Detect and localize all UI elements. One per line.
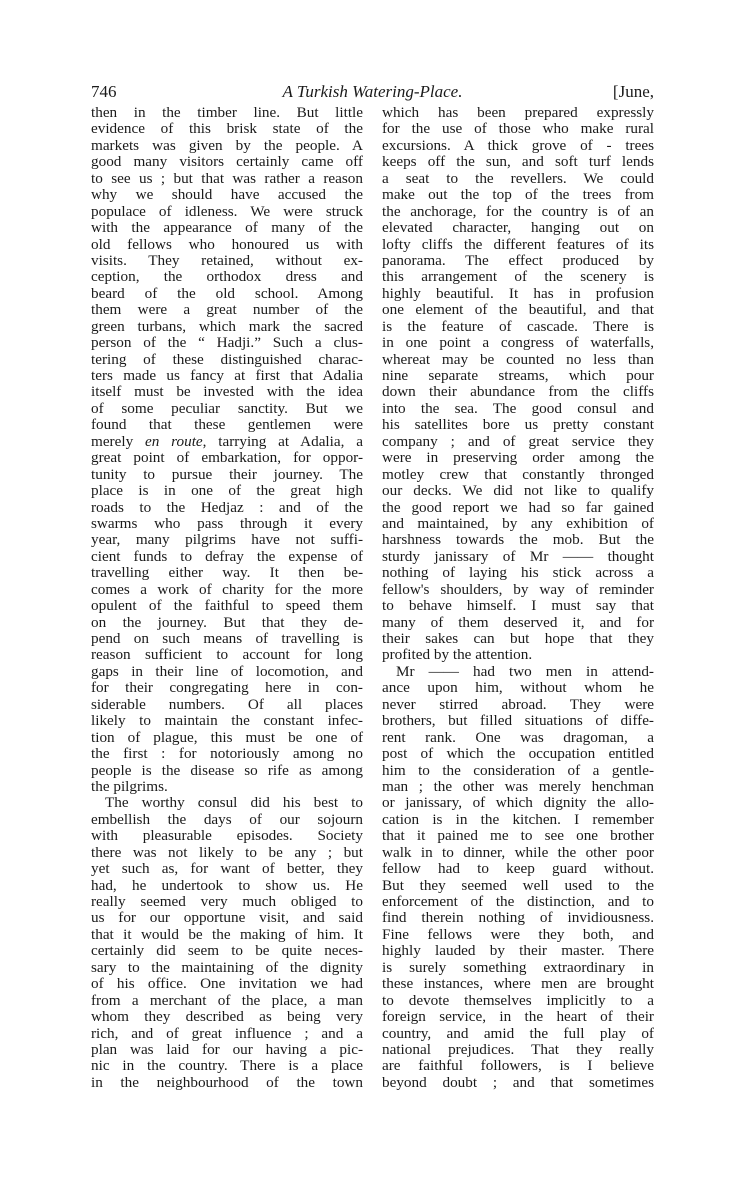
text-line: find therein nothing of invidiousness. xyxy=(382,910,654,926)
text-line: with the appearance of many of the xyxy=(91,220,363,236)
text-line: tering of these distinguished charac- xyxy=(91,352,363,368)
text-line: comes a work of charity for the more xyxy=(91,582,363,598)
text-line: to see us ; but that was rather a reason xyxy=(91,171,363,187)
document-page: 746 A Turkish Watering-Place. [June, the… xyxy=(0,0,750,1179)
text-line: The worthy consul did his best to xyxy=(91,795,363,811)
text-line: beard of the old school. Among xyxy=(91,286,363,302)
text-line: or janissary, of which dignity the allo- xyxy=(382,795,654,811)
text-line: ception, the orthodox dress and xyxy=(91,269,363,285)
text-line: company ; and of great service they xyxy=(382,434,654,450)
text-line: one element of the beautiful, and that xyxy=(382,302,654,318)
text-line: in the neighbourhood of the town xyxy=(91,1075,363,1091)
text-line: great point of embarkation, for oppor- xyxy=(91,450,363,466)
text-line: are faithful followers, is I believe xyxy=(382,1058,654,1074)
text-line: man ; the other was merely henchman xyxy=(382,779,654,795)
text-line: the good report we had so far gained xyxy=(382,500,654,516)
text-line: of his office. One invitation we had xyxy=(91,976,363,992)
text-line: nothing of laying his stick across a xyxy=(382,565,654,581)
text-line: itself must be invested with the idea xyxy=(91,384,363,400)
text-line: rent rank. One was dragoman, a xyxy=(382,730,654,746)
text-line: tion of plague, this must be one of xyxy=(91,730,363,746)
text-line: why we should have accused the xyxy=(91,187,363,203)
text-line: which has been prepared expressly xyxy=(382,105,654,121)
text-line: gaps in their line of locomotion, and xyxy=(91,664,363,680)
text-line: foreign service, in the heart of their xyxy=(382,1009,654,1025)
text-line: cation is in the kitchen. I remember xyxy=(382,812,654,828)
text-line: panorama. The effect produced by xyxy=(382,253,654,269)
text-line: tunity to pursue their journey. The xyxy=(91,467,363,483)
text-line: on the journey. But that they de- xyxy=(91,615,363,631)
text-line: were in preserving order among the xyxy=(382,450,654,466)
text-line: elevated character, hanging out on xyxy=(382,220,654,236)
italic-phrase: en route xyxy=(145,433,203,450)
text-line: for their congregating here in con- xyxy=(91,680,363,696)
text-line: evidence of this brisk state of the xyxy=(91,121,363,137)
text-line: his satellites bore us pretty constant xyxy=(382,417,654,433)
text-line: place is in one of the great high xyxy=(91,483,363,499)
text-line: our decks. We did not like to qualify xyxy=(382,483,654,499)
text-line: for the use of those who make rural xyxy=(382,121,654,137)
text-line: siderable numbers. Of all places xyxy=(91,697,363,713)
text-line: that it pained me to see one brother xyxy=(382,828,654,844)
text-line: keeps off the sun, and soft turf lends xyxy=(382,154,654,170)
text-line: this arrangement of the scenery is xyxy=(382,269,654,285)
text-line: fellow had to keep guard without. xyxy=(382,861,654,877)
text-line: visits. They retained, without ex- xyxy=(91,253,363,269)
text-line: national prejudices. That they really xyxy=(382,1042,654,1058)
text-line: the anchorage, for the country is of an xyxy=(382,204,654,220)
text-line: opulent of the faithful to speed them xyxy=(91,598,363,614)
text-line: their sakes can but hope that they xyxy=(382,631,654,647)
text-line: year, many pilgrims have not suffi- xyxy=(91,532,363,548)
text-line: many of them deserved it, and for xyxy=(382,615,654,631)
text-line: the first : for notoriously among no xyxy=(91,746,363,762)
text-line: to devote themselves implicitly to a xyxy=(382,993,654,1009)
text-line: reason sufficient to account for long xyxy=(91,647,363,663)
running-title: A Turkish Watering-Place. xyxy=(91,82,654,102)
text-line: rich, and of great influence ; and a xyxy=(91,1026,363,1042)
text-line: green turbans, which mark the sacred xyxy=(91,319,363,335)
text-line: person of the “ Hadji.” Such a clus- xyxy=(91,335,363,351)
text-line: lofty cliffs the different features of i… xyxy=(382,237,654,253)
text-line: these instances, where men are brought xyxy=(382,976,654,992)
text-line: in one point a congress of waterfalls, xyxy=(382,335,654,351)
text-line: is surely something extraordinary in xyxy=(382,960,654,976)
text-line: highly lauded by their master. There xyxy=(382,943,654,959)
text-line: good many visitors certainly came off xyxy=(91,154,363,170)
text-line: had, he undertook to show us. He xyxy=(91,878,363,894)
text-line: is the feature of cascade. There is xyxy=(382,319,654,335)
text-line: ance upon him, without whom he xyxy=(382,680,654,696)
page-header: 746 A Turkish Watering-Place. [June, xyxy=(91,82,654,102)
text-line: populace of idleness. We were struck xyxy=(91,204,363,220)
text-line: into the sea. The good consul and xyxy=(382,401,654,417)
text-line: of some peculiar sanctity. But we xyxy=(91,401,363,417)
text-line: the pilgrims. xyxy=(91,779,363,795)
text-line: highly beautiful. It has in profusion xyxy=(382,286,654,302)
text-line: cient funds to defray the expense of xyxy=(91,549,363,565)
text-line: from a merchant of the place, a man xyxy=(91,993,363,1009)
text-line: harshness towards the mob. But the xyxy=(382,532,654,548)
text-line: Mr —— had two men in attend- xyxy=(382,664,654,680)
running-date: [June, xyxy=(613,82,654,102)
text-line: nic in the country. There is a place xyxy=(91,1058,363,1074)
text-line: merely en route, tarrying at Adalia, a xyxy=(91,434,363,450)
text-line: plan was laid for our having a pic- xyxy=(91,1042,363,1058)
text-line: and maintained, by any exhibition of xyxy=(382,516,654,532)
text-line: make out the top of the trees from xyxy=(382,187,654,203)
text-line: there was not likely to be any ; but xyxy=(91,845,363,861)
text-line: Fine fellows were they both, and xyxy=(382,927,654,943)
text-line: But they seemed well used to the xyxy=(382,878,654,894)
text-line: with pleasurable episodes. Society xyxy=(91,828,363,844)
text-line: roads to the Hedjaz : and of the xyxy=(91,500,363,516)
text-line: whereat may be counted no less than xyxy=(382,352,654,368)
text-line: swarms who pass through it every xyxy=(91,516,363,532)
text-line: travelling either way. It then be- xyxy=(91,565,363,581)
text-line: likely to maintain the constant infec- xyxy=(91,713,363,729)
left-text-column: then in the timber line. But littleevide… xyxy=(91,105,363,1091)
text-line: walk in to dinner, while the other poor xyxy=(382,845,654,861)
text-line: really seemed very much obliged to xyxy=(91,894,363,910)
text-line: down their abundance from the cliffs xyxy=(382,384,654,400)
text-line: pend on such means of travelling is xyxy=(91,631,363,647)
text-line: brothers, but filled situations of diffe… xyxy=(382,713,654,729)
text-line: us for our opportune visit, and said xyxy=(91,910,363,926)
text-line: sturdy janissary of Mr —— thought xyxy=(382,549,654,565)
text-line: him to the consideration of a gentle- xyxy=(382,763,654,779)
text-line: them were a great number of the xyxy=(91,302,363,318)
text-line: enforcement of the distinction, and to xyxy=(382,894,654,910)
text-line: country, and amid the full play of xyxy=(382,1026,654,1042)
text-line: sary to the maintaining of the dignity xyxy=(91,960,363,976)
text-line: found that these gentlemen were xyxy=(91,417,363,433)
text-line: profited by the attention. xyxy=(382,647,654,663)
text-line: beyond doubt ; and that sometimes xyxy=(382,1075,654,1091)
text-line: fellow's shoulders, by way of reminder xyxy=(382,582,654,598)
right-text-column: which has been prepared expresslyfor the… xyxy=(382,105,654,1091)
text-line: to behave himself. I must say that xyxy=(382,598,654,614)
text-line: post of which the occupation entitled xyxy=(382,746,654,762)
text-line: old fellows who honoured us with xyxy=(91,237,363,253)
text-line: ters made us fancy at first that Adalia xyxy=(91,368,363,384)
text-line: then in the timber line. But little xyxy=(91,105,363,121)
text-line: people is the disease so rife as among xyxy=(91,763,363,779)
text-line: nine separate streams, which pour xyxy=(382,368,654,384)
text-line: never stirred abroad. They were xyxy=(382,697,654,713)
text-line: that it would be the making of him. It xyxy=(91,927,363,943)
text-line: whom they described as being very xyxy=(91,1009,363,1025)
text-line: motley crew that constantly thronged xyxy=(382,467,654,483)
text-line: yet such as, for want of better, they xyxy=(91,861,363,877)
text-line: markets was given by the people. A xyxy=(91,138,363,154)
text-line: certainly did seem to be quite neces- xyxy=(91,943,363,959)
text-line: embellish the days of our sojourn xyxy=(91,812,363,828)
text-line: excursions. A thick grove of - trees xyxy=(382,138,654,154)
text-line: a seat to the revellers. We could xyxy=(382,171,654,187)
